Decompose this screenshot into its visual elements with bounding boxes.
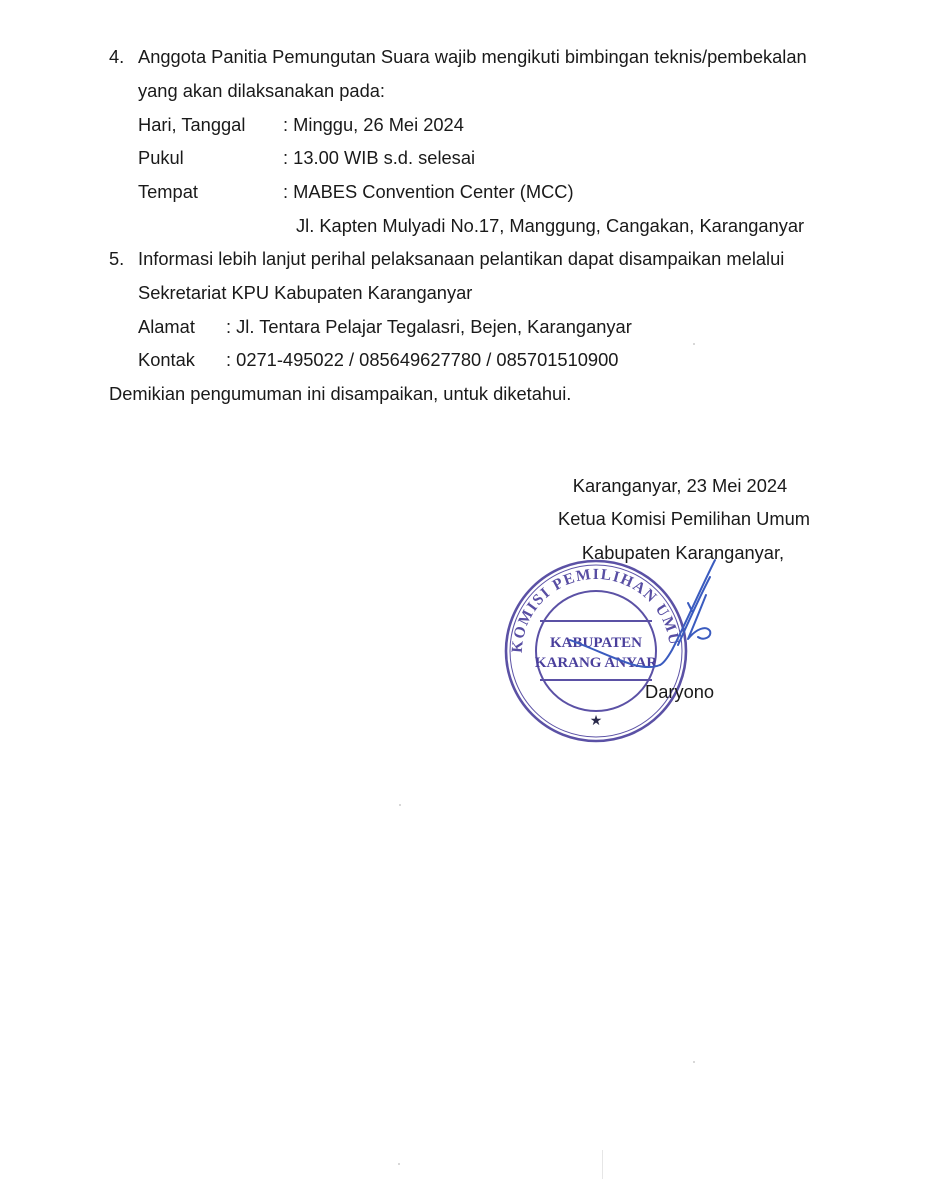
item-4-number: 4. bbox=[109, 47, 124, 67]
item-5-number: 5. bbox=[109, 249, 124, 269]
scan-artifact bbox=[602, 1150, 603, 1179]
detail-label-place: Tempat bbox=[138, 182, 198, 202]
scan-artifact bbox=[693, 1061, 695, 1063]
detail-value-time: : 13.00 WIB s.d. selesai bbox=[283, 148, 475, 168]
detail-value-address: : Jl. Tentara Pelajar Tegalasri, Bejen, … bbox=[226, 317, 632, 337]
item-4-text-line1: Anggota Panitia Pemungutan Suara wajib m… bbox=[138, 47, 807, 67]
handwritten-signature bbox=[560, 545, 760, 695]
item-4-text-line2: yang akan dilaksanakan pada: bbox=[138, 81, 385, 101]
stamp-star-icon: ★ bbox=[590, 712, 603, 728]
item-5-text-line1: Informasi lebih lanjut perihal pelaksana… bbox=[138, 249, 784, 269]
scan-artifact bbox=[398, 1163, 400, 1165]
detail-value-contact: : 0271-495022 / 085649627780 / 085701510… bbox=[226, 350, 618, 370]
detail-value-place-address: Jl. Kapten Mulyadi No.17, Manggung, Cang… bbox=[296, 216, 804, 236]
item-5-text-line2: Sekretariat KPU Kabupaten Karanganyar bbox=[138, 283, 472, 303]
detail-value-date: : Minggu, 26 Mei 2024 bbox=[283, 115, 464, 135]
detail-label-address: Alamat bbox=[138, 317, 195, 337]
place-date: Karanganyar, 23 Mei 2024 bbox=[520, 476, 840, 496]
detail-label-date: Hari, Tanggal bbox=[138, 115, 245, 135]
signatory-name: Daryono bbox=[645, 682, 714, 702]
detail-label-contact: Kontak bbox=[138, 350, 195, 370]
detail-label-time: Pukul bbox=[138, 148, 184, 168]
signatory-title-line1: Ketua Komisi Pemilihan Umum bbox=[524, 509, 844, 529]
detail-value-place: : MABES Convention Center (MCC) bbox=[283, 182, 574, 202]
scan-artifact bbox=[693, 343, 695, 345]
scan-artifact bbox=[399, 804, 401, 806]
closing-text: Demikian pengumuman ini disampaikan, unt… bbox=[109, 384, 571, 404]
